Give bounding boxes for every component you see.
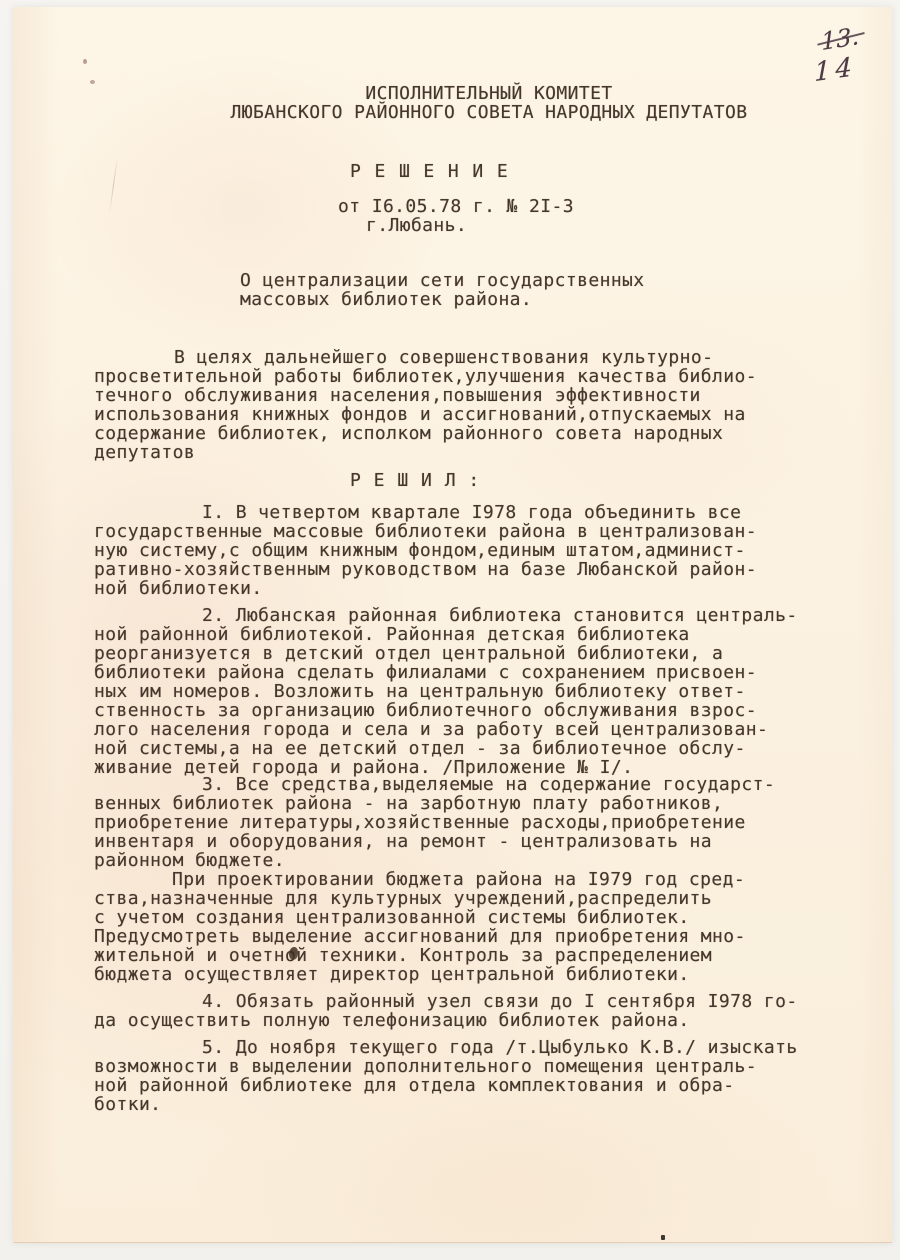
decision-item-2: 2. Любанская районная библиотека станови… (94, 606, 798, 777)
decision-date-number: от I6.05.78 г. № 2I-3 (338, 197, 574, 216)
org-header: ИСПОЛНИТЕЛЬНЫЙ КОМИТЕТ ЛЮБАНСКОГО РАЙОНН… (94, 84, 839, 122)
decision-item-5: 5. До ноября текущего года /т.Цыбулько К… (94, 1038, 798, 1114)
org-header-line2: ЛЮБАНСКОГО РАЙОННОГО СОВЕТА НАРОДНЫХ ДЕП… (139, 103, 839, 122)
decision-item-4: 4. Обязать районный узел связи до I сент… (94, 992, 798, 1030)
decision-item-1: I. В четвертом квартале I978 года объеди… (94, 503, 757, 598)
decision-place: г.Любань. (366, 216, 467, 235)
preamble-paragraph: В целях дальнейшего совершенствования ку… (94, 348, 757, 462)
resolved-heading: Р Е Ш И Л : (350, 471, 480, 490)
paper-speck (83, 59, 87, 64)
org-header-line1: ИСПОЛНИТЕЛЬНЫЙ КОМИТЕТ (139, 84, 839, 103)
document-content: ИСПОЛНИТЕЛЬНЫЙ КОМИТЕТ ЛЮБАНСКОГО РАЙОНН… (94, 7, 842, 1242)
decision-subject: О централизации сети государственных мас… (240, 271, 645, 309)
scan-background: 13. 14 ИСПОЛНИТЕЛЬНЫЙ КОМИТЕТ ЛЮБАНСКОГО… (0, 0, 900, 1260)
decision-item-3-continued: При проектировании бюджета района на I97… (94, 870, 746, 984)
document-page: 13. 14 ИСПОЛНИТЕЛЬНЫЙ КОМИТЕТ ЛЮБАНСКОГО… (13, 7, 892, 1243)
decision-title: Р Е Ш Е Н И Е (350, 162, 509, 181)
decision-item-3: 3. Все средства,выделяемые на содержание… (94, 775, 775, 870)
